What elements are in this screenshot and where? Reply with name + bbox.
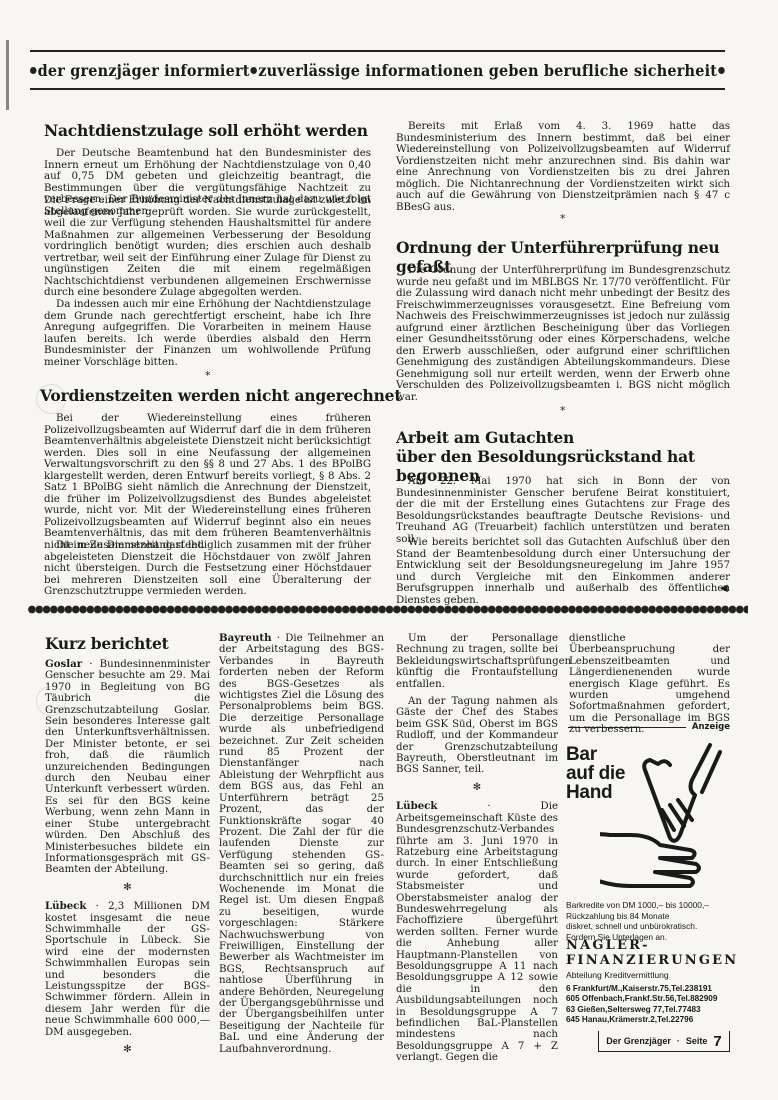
article-title-vordienst: Vordienstzeiten werden nicht angerechnet xyxy=(40,386,401,405)
ad-department: Abteilung Kreditvermittlung xyxy=(566,970,669,980)
section-title-kurz: Kurz berichtet xyxy=(45,634,169,653)
news-paragraph: An der Tagung nahmen als Gäste der Chef … xyxy=(396,696,558,776)
title-line: Arbeit am Gutachten xyxy=(396,428,574,447)
ad-body: Barkredite von DM 1000,– bis 10000,– Rüc… xyxy=(566,900,746,942)
page-footer: Der Grenzjäger · Seite 7 xyxy=(598,1031,730,1052)
article-paragraph: Die Frage einer Erhöhung der Nachtdienst… xyxy=(44,195,371,299)
publication-name: Der Grenzjäger xyxy=(606,1036,671,1046)
news-separator: ✻ xyxy=(45,882,210,893)
article-paragraph: Bei der Wiedereinstellung eines früheren… xyxy=(44,413,371,551)
bullet-icon xyxy=(251,67,258,74)
scan-binding-mark xyxy=(6,40,9,110)
ad-label: Anzeige xyxy=(568,720,730,734)
page-label: Seite xyxy=(686,1036,708,1046)
section-separator: * xyxy=(560,404,566,417)
news-place: Goslar xyxy=(45,658,82,670)
news-item-luebeck: Lübeck · 2,3 Millionen DM kostet insgesa… xyxy=(45,901,210,1038)
news-column-3: Um der Personallage Rechnung zu tragen, … xyxy=(396,633,558,1070)
end-of-article-icon: ◀ xyxy=(720,583,728,594)
article-title-nachtdienst: Nachtdienstzulage soll erhöht werden xyxy=(44,121,368,140)
news-place: Bayreuth xyxy=(219,632,272,644)
article-paragraph: Am 22. Mai 1970 hat sich in Bonn der von… xyxy=(396,476,730,545)
news-column-2: Bayreuth · Die Teilnehmer an der Arbeits… xyxy=(219,633,384,1061)
masthead-right: zuverlässige informationen geben berufli… xyxy=(258,61,717,80)
bullet-icon xyxy=(718,67,725,74)
ad-address: 645 Hanau,Krämerstr.2,Tel.22796 xyxy=(566,1015,717,1025)
news-place: Lübeck xyxy=(396,800,437,812)
ad-address: 605 Offenbach,Frankf.Str.56,Tel.882909 xyxy=(566,994,717,1004)
news-paragraph: Um der Personallage Rechnung zu tragen, … xyxy=(396,633,558,690)
news-separator: ✻ xyxy=(396,782,558,793)
news-column-1: Goslar · Bundesinnenminister Genscher be… xyxy=(45,659,210,1061)
ad-firm-name: NAGLER- FINANZIERUNGEN xyxy=(566,938,738,968)
article-paragraph: Bereits mit Erlaß vom 4. 3. 1969 hatte d… xyxy=(396,121,730,213)
masthead: der grenzjäger informiert zuverlässige i… xyxy=(30,58,725,82)
ad-label-rule xyxy=(568,727,686,728)
dotted-divider xyxy=(28,605,748,614)
news-item-goslar: Goslar · Bundesinnenminister Genscher be… xyxy=(45,659,210,876)
article-paragraph: Da indessen auch mir eine Erhöhung der N… xyxy=(44,299,371,368)
news-item-bayreuth: Bayreuth · Die Teilnehmer an der Arbeits… xyxy=(219,633,384,1055)
ad-address: 63 Gießen,Seltersweg 77,Tel.77483 xyxy=(566,1005,717,1015)
news-item-luebeck-2: Lübeck · Die Arbeitsgemeinschaft Küste d… xyxy=(396,801,558,1063)
ad-addresses: 6 Frankfurt/M.,Kaiserstr.75,Tel.238191 6… xyxy=(566,984,717,1025)
masthead-top-rule xyxy=(30,50,725,52)
hands-illustration-icon xyxy=(600,740,730,890)
section-separator: * xyxy=(560,212,566,225)
section-separator: * xyxy=(205,369,211,382)
article-paragraph: Die neue Dienstzeit darf lediglich zusam… xyxy=(44,540,371,598)
news-separator: ✻ xyxy=(45,1044,210,1055)
article-paragraph: Wie bereits berichtet soll das Gutachten… xyxy=(396,537,730,606)
page-number: 7 xyxy=(713,1033,721,1050)
masthead-left: der grenzjäger informiert xyxy=(38,61,250,80)
article-paragraph: Die Ordnung der Unterführerprüfung im Bu… xyxy=(396,265,730,403)
masthead-bottom-rule xyxy=(30,88,725,90)
ad-address: 6 Frankfurt/M.,Kaiserstr.75,Tel.238191 xyxy=(566,984,717,994)
news-place: Lübeck xyxy=(45,900,86,912)
bullet-icon xyxy=(30,67,37,74)
